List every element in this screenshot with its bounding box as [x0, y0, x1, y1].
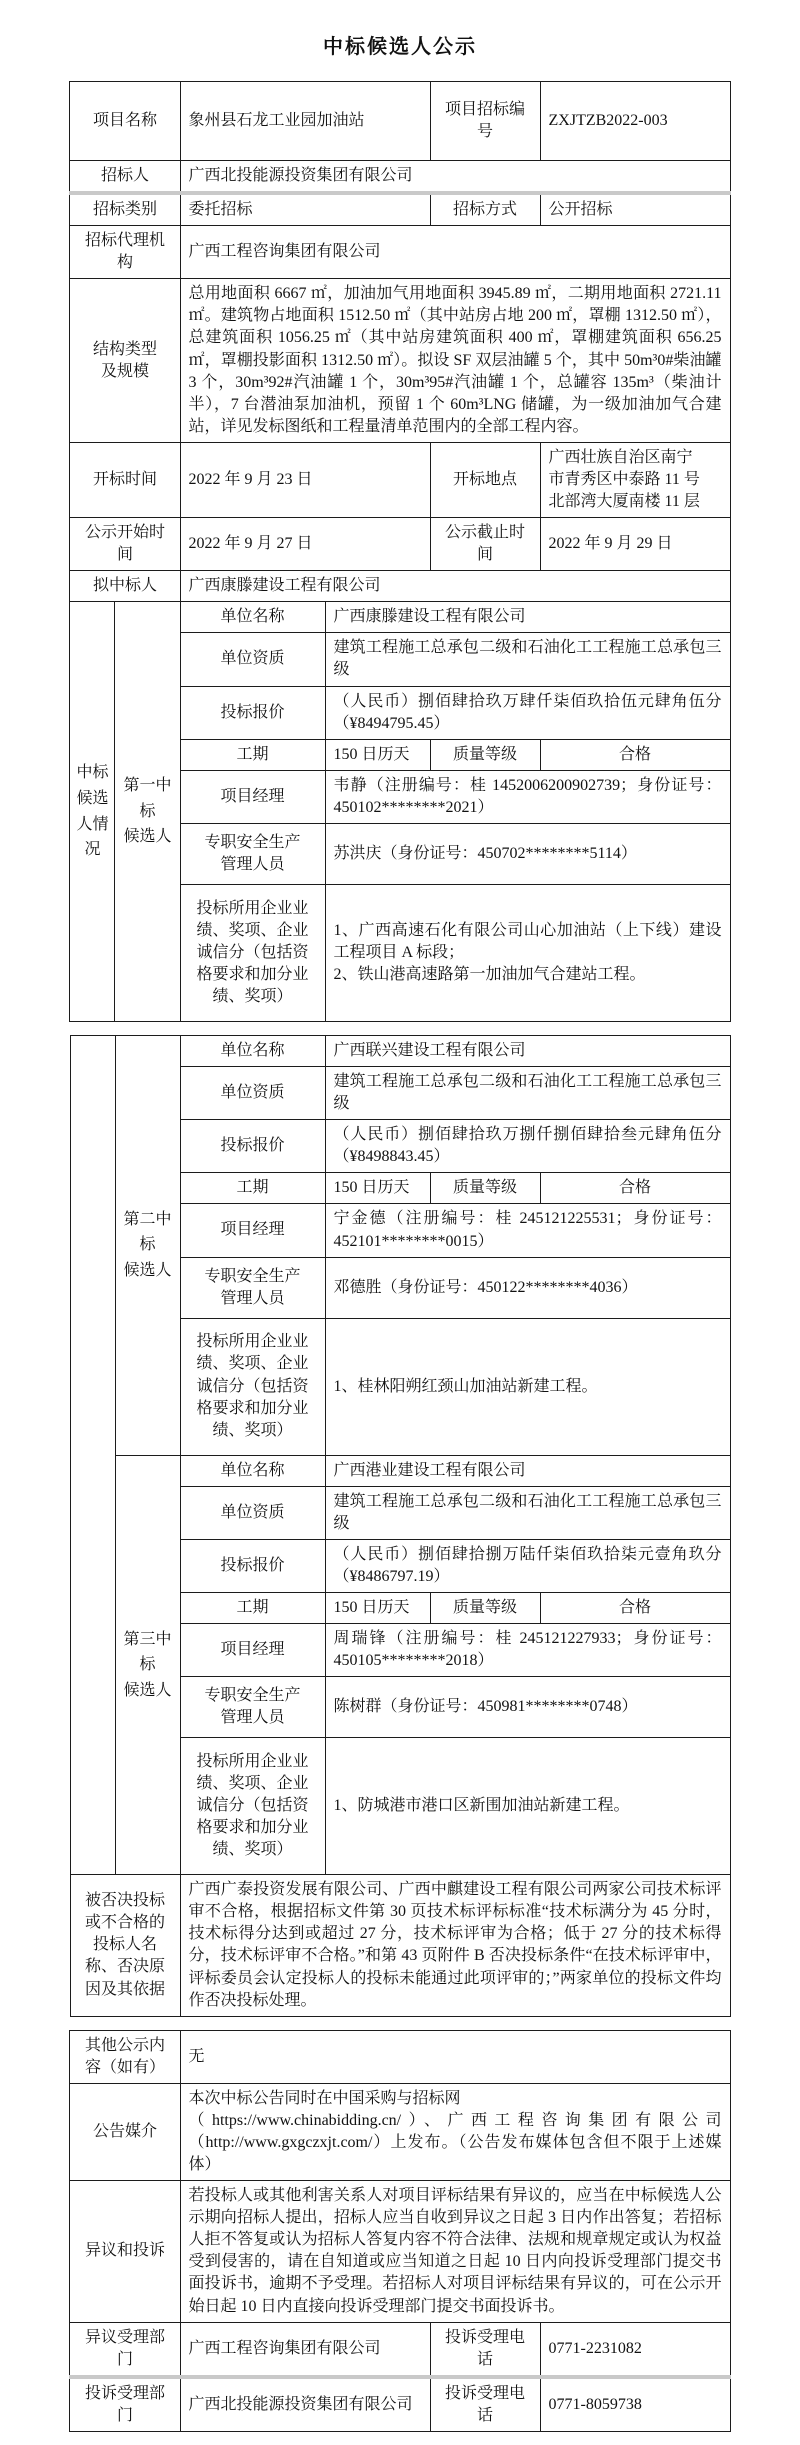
- candidate-1-bid-price-value: （人民币）捌佰肆拾玖万肆仟柒佰玖拾伍元肆角伍分（¥8494795.45）: [325, 686, 730, 739]
- row-tenderer: 招标人 广西北投能源投资集团有限公司: [70, 161, 730, 194]
- rejected-bidders-label: 被否决投标 或不合格的 投标人名 称、否决原 因及其依据: [70, 1875, 180, 2016]
- row-rejected-bidders: 被否决投标 或不合格的 投标人名 称、否决原 因及其依据 广西广泰投资发展有限公…: [70, 1875, 730, 2016]
- candidate-2-bid-price-label: 投标报价: [180, 1120, 325, 1173]
- publicity-end-label: 公示截止时 间: [430, 518, 540, 571]
- candidate-2-qualification-label: 单位资质: [180, 1067, 325, 1120]
- proposed-winner-label: 拟中标人: [70, 571, 180, 602]
- complaint-dept-label: 投诉受理部 门: [70, 2377, 180, 2432]
- bid-opening-time-value: 2022 年 9 月 23 日: [180, 442, 430, 517]
- candidate-3-bid-price-label: 投标报价: [180, 1539, 325, 1592]
- row-candidate2-unit-name: 第二中 标 候选人 单位名称 广西联兴建设工程有限公司: [70, 1035, 730, 1066]
- candidate-1-quality-grade-label: 质量等级: [430, 739, 540, 770]
- candidate-3-rank-label: 第三中 标 候选人: [115, 1455, 180, 1875]
- announcement-table-3: 其他公示内 容（如有） 无 公告媒介 本次中标公告同时在中国采购与招标网 （ht…: [69, 2030, 730, 2432]
- tender-method-label: 招标方式: [430, 193, 540, 226]
- tenderer-value: 广西北投能源投资集团有限公司: [180, 161, 730, 194]
- candidate-2-bid-price-value: （人民币）捌佰肆拾玖万捌仟捌佰肆拾叁元肆角伍分（¥8498843.45）: [325, 1120, 730, 1173]
- agency-label: 招标代理机 构: [70, 226, 180, 279]
- tender-no-value: ZXJTZB2022-003: [540, 82, 730, 161]
- row-tender-category: 招标类别 委托招标 招标方式 公开招标: [70, 193, 730, 226]
- announcement-media-value: 本次中标公告同时在中国采购与招标网 （https://www.chinabidd…: [180, 2083, 730, 2180]
- row-publicity-period: 公示开始时 间 2022 年 9 月 27 日 公示截止时 间 2022 年 9…: [70, 518, 730, 571]
- rejected-bidders-value: 广西广泰投资发展有限公司、广西中麒建设工程有限公司两家公司技术标评审不合格，根据…: [180, 1875, 730, 2016]
- proposed-winner-value: 广西康滕建设工程有限公司: [180, 571, 730, 602]
- candidate-3-bid-price-value: （人民币）捌佰肆拾捌万陆仟柒佰玖拾柒元壹角玖分（¥8486797.19）: [325, 1539, 730, 1592]
- other-content-label: 其他公示内 容（如有）: [70, 2030, 180, 2083]
- project-name-value: 象州县石龙工业园加油站: [180, 82, 430, 161]
- row-agency: 招标代理机 构 广西工程咨询集团有限公司: [70, 226, 730, 279]
- candidate-3-unit-name-value: 广西港业建设工程有限公司: [325, 1455, 730, 1486]
- candidate-2-safety-officer-value: 邓德胜（身份证号：450122********4036）: [325, 1257, 730, 1318]
- complaint-dept-value: 广西北投能源投资集团有限公司: [180, 2377, 430, 2432]
- tender-category-label: 招标类别: [70, 193, 180, 226]
- candidate-3-project-manager-label: 项目经理: [180, 1624, 325, 1677]
- candidate-1-project-manager-value: 韦静（注册编号：桂 1452006200902739；身份证号：450102**…: [325, 770, 730, 823]
- candidate-2-achievements-value: 1、桂林阳朔红颈山加油站新建工程。: [325, 1318, 730, 1455]
- row-structure-scale: 结构类型 及规模 总用地面积 6667 ㎡，加油加气用地面积 3945.89 ㎡…: [70, 279, 730, 443]
- row-objection-and-complaint: 异议和投诉 若投标人或其他利害关系人对项目评标结果有异议的，应当在中标候选人公示…: [70, 2181, 730, 2322]
- candidate-2-duration-label: 工期: [180, 1173, 325, 1204]
- row-other-content: 其他公示内 容（如有） 无: [70, 2030, 730, 2083]
- candidate-1-achievements-value: 1、广西高速石化有限公司山心加油站（上下线）建设工程项目 A 标段； 2、铁山港…: [325, 884, 730, 1021]
- row-objection-dept: 异议受理部 门 广西工程咨询集团有限公司 投诉受理电 话 0771-223108…: [70, 2322, 730, 2377]
- candidate-1-bid-price-label: 投标报价: [180, 686, 325, 739]
- tender-category-value: 委托招标: [180, 193, 430, 226]
- agency-value: 广西工程咨询集团有限公司: [180, 226, 730, 279]
- candidate-2-safety-officer-label: 专职安全生产 管理人员: [180, 1257, 325, 1318]
- row-bid-opening: 开标时间 2022 年 9 月 23 日 开标地点 广西壮族自治区南宁 市青秀区…: [70, 442, 730, 517]
- candidate-2-achievements-label: 投标所用企业业 绩、奖项、企业 诚信分（包括资 格要求和加分业 绩、奖项）: [180, 1318, 325, 1455]
- candidate-3-duration-value: 150 日历天: [325, 1592, 430, 1623]
- candidates-section-label: 中标 候选 人情 况: [70, 602, 115, 1022]
- candidate-3-safety-officer-label: 专职安全生产 管理人员: [180, 1677, 325, 1738]
- complaint-dept-phone-value: 0771-8059738: [540, 2377, 730, 2432]
- announcement-table-2: 第二中 标 候选人 单位名称 广西联兴建设工程有限公司 单位资质 建筑工程施工总…: [70, 1035, 731, 2017]
- candidate-1-unit-name-label: 单位名称: [180, 602, 325, 633]
- publicity-start-label: 公示开始时 间: [70, 518, 180, 571]
- candidate-1-duration-value: 150 日历天: [325, 739, 430, 770]
- row-candidate3-unit-name: 第三中 标 候选人 单位名称 广西港业建设工程有限公司: [70, 1455, 730, 1486]
- candidates-section-spacer-cell: [70, 1035, 115, 1874]
- tenderer-label: 招标人: [70, 161, 180, 194]
- publicity-start-value: 2022 年 9 月 27 日: [180, 518, 430, 571]
- candidate-1-qualification-value: 建筑工程施工总承包二级和石油化工工程施工总承包三级: [325, 633, 730, 686]
- structure-scale-label: 结构类型 及规模: [70, 279, 180, 443]
- candidate-1-duration-label: 工期: [180, 739, 325, 770]
- bid-opening-place-value: 广西壮族自治区南宁 市青秀区中泰路 11 号 北部湾大厦南楼 11 层: [540, 442, 730, 517]
- candidate-1-quality-grade-value: 合格: [540, 739, 730, 770]
- candidate-2-quality-grade-label: 质量等级: [430, 1173, 540, 1204]
- page-title: 中标候选人公示: [0, 0, 800, 59]
- candidate-1-achievements-label: 投标所用企业业 绩、奖项、企业 诚信分（包括资 格要求和加分业 绩、奖项）: [180, 884, 325, 1021]
- candidate-1-project-manager-label: 项目经理: [180, 770, 325, 823]
- objection-and-complaint-label: 异议和投诉: [70, 2181, 180, 2322]
- candidate-3-qualification-label: 单位资质: [180, 1486, 325, 1539]
- candidate-3-achievements-label: 投标所用企业业 绩、奖项、企业 诚信分（包括资 格要求和加分业 绩、奖项）: [180, 1738, 325, 1875]
- row-announcement-media: 公告媒介 本次中标公告同时在中国采购与招标网 （https://www.chin…: [70, 2083, 730, 2180]
- objection-dept-phone-value: 0771-2231082: [540, 2322, 730, 2377]
- row-candidate1-unit-name: 中标 候选 人情 况 第一中 标 候选人 单位名称 广西康滕建设工程有限公司: [70, 602, 730, 633]
- candidate-3-safety-officer-value: 陈树群（身份证号：450981********0748）: [325, 1677, 730, 1738]
- candidate-3-unit-name-label: 单位名称: [180, 1455, 325, 1486]
- candidate-1-qualification-label: 单位资质: [180, 633, 325, 686]
- announcement-table-1: 项目名称 象州县石龙工业园加油站 项目招标编 号 ZXJTZB2022-003 …: [69, 81, 730, 1022]
- candidate-2-project-manager-value: 宁金德（注册编号：桂 245121225531；身份证号：452101*****…: [325, 1204, 730, 1257]
- tender-method-value: 公开招标: [540, 193, 730, 226]
- bid-opening-place-label: 开标地点: [430, 442, 540, 517]
- objection-dept-phone-label: 投诉受理电 话: [430, 2322, 540, 2377]
- candidate-3-duration-label: 工期: [180, 1592, 325, 1623]
- candidate-2-unit-name-value: 广西联兴建设工程有限公司: [325, 1035, 730, 1066]
- candidate-1-unit-name-value: 广西康滕建设工程有限公司: [325, 602, 730, 633]
- structure-scale-value: 总用地面积 6667 ㎡，加油加气用地面积 3945.89 ㎡，二期用地面积 2…: [180, 279, 730, 443]
- candidate-2-quality-grade-value: 合格: [540, 1173, 730, 1204]
- candidate-2-qualification-value: 建筑工程施工总承包二级和石油化工工程施工总承包三级: [325, 1067, 730, 1120]
- objection-dept-value: 广西工程咨询集团有限公司: [180, 2322, 430, 2377]
- candidate-2-duration-value: 150 日历天: [325, 1173, 430, 1204]
- candidate-1-rank-label: 第一中 标 候选人: [115, 602, 180, 1022]
- row-project-name: 项目名称 象州县石龙工业园加油站 项目招标编 号 ZXJTZB2022-003: [70, 82, 730, 161]
- other-content-value: 无: [180, 2030, 730, 2083]
- row-complaint-dept: 投诉受理部 门 广西北投能源投资集团有限公司 投诉受理电 话 0771-8059…: [70, 2377, 730, 2432]
- complaint-dept-phone-label: 投诉受理电 话: [430, 2377, 540, 2432]
- row-proposed-winner: 拟中标人 广西康滕建设工程有限公司: [70, 571, 730, 602]
- candidate-1-safety-officer-label: 专职安全生产 管理人员: [180, 823, 325, 884]
- candidate-2-rank-label: 第二中 标 候选人: [115, 1035, 180, 1455]
- objection-dept-label: 异议受理部 门: [70, 2322, 180, 2377]
- candidate-3-project-manager-value: 周瑞锋（注册编号：桂 245121227933；身份证号：450105*****…: [325, 1624, 730, 1677]
- tender-no-label: 项目招标编 号: [430, 82, 540, 161]
- announcement-media-label: 公告媒介: [70, 2083, 180, 2180]
- candidate-2-unit-name-label: 单位名称: [180, 1035, 325, 1066]
- publicity-end-value: 2022 年 9 月 29 日: [540, 518, 730, 571]
- candidate-3-achievements-value: 1、防城港市港口区新围加油站新建工程。: [325, 1738, 730, 1875]
- objection-and-complaint-value: 若投标人或其他利害关系人对项目评标结果有异议的，应当在中标候选人公示期向招标人提…: [180, 2181, 730, 2322]
- bid-opening-time-label: 开标时间: [70, 442, 180, 517]
- candidate-3-quality-grade-label: 质量等级: [430, 1592, 540, 1623]
- candidate-3-qualification-value: 建筑工程施工总承包二级和石油化工工程施工总承包三级: [325, 1486, 730, 1539]
- candidate-2-project-manager-label: 项目经理: [180, 1204, 325, 1257]
- candidate-1-safety-officer-value: 苏洪庆（身份证号：450702********5114）: [325, 823, 730, 884]
- candidate-3-quality-grade-value: 合格: [540, 1592, 730, 1623]
- project-name-label: 项目名称: [70, 82, 180, 161]
